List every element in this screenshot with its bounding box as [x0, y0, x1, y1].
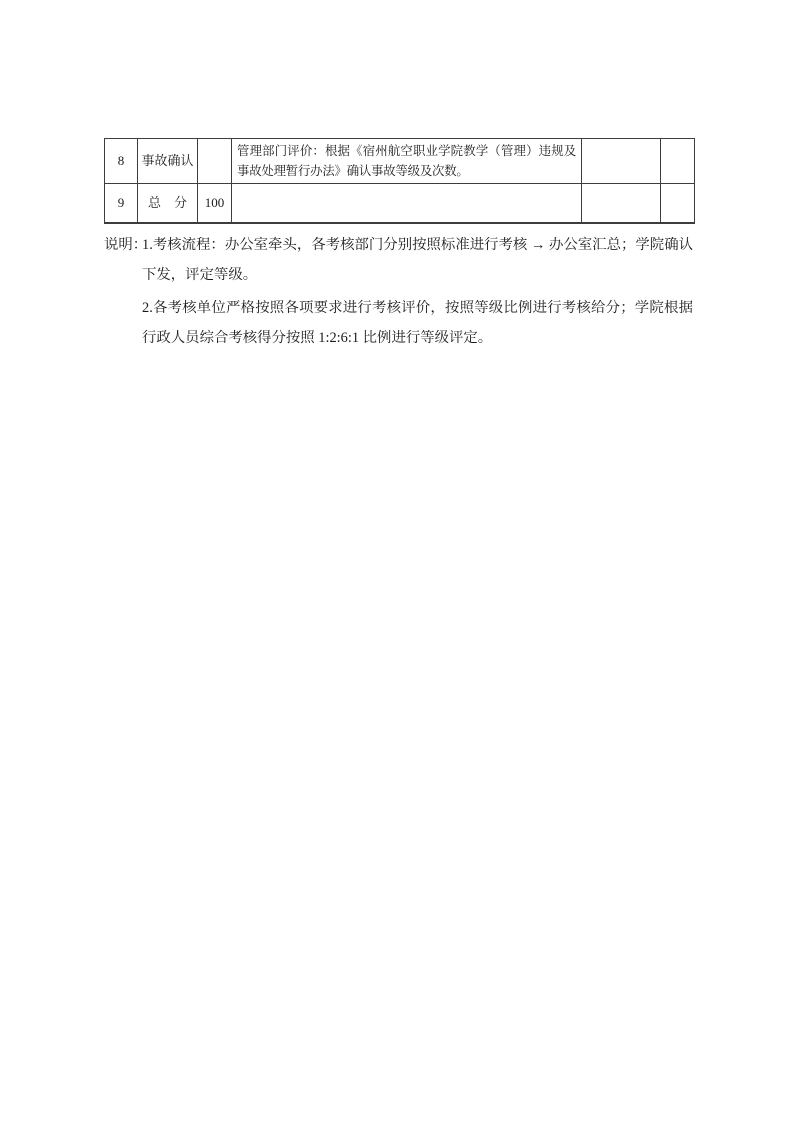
- cell-score: 100: [198, 184, 232, 223]
- cell-description: 管理部门评价：根据《宿州航空职业学院教学（管理）违规及事故处理暂行办法》确认事故…: [232, 139, 582, 184]
- cell-eval-score: [582, 139, 661, 184]
- note-item-1: 1.考核流程：办公室牵头，各考核部门分别按照标准进行考核 → 办公室汇总；学院确…: [142, 230, 693, 290]
- cell-row-number: 8: [105, 139, 138, 184]
- cell-eval-score: [582, 184, 661, 223]
- cell-item-name: 总 分: [138, 184, 198, 223]
- notes-section: 说明： 1.考核流程：办公室牵头，各考核部门分别按照标准进行考核 → 办公室汇总…: [104, 230, 693, 353]
- cell-final-score: [661, 184, 695, 223]
- assessment-table: 8 事故确认 管理部门评价：根据《宿州航空职业学院教学（管理）违规及事故处理暂行…: [104, 138, 695, 224]
- table-row: 9 总 分 100: [105, 184, 695, 223]
- document-page: 8 事故确认 管理部门评价：根据《宿州航空职业学院教学（管理）违规及事故处理暂行…: [0, 0, 793, 1122]
- table-row: 8 事故确认 管理部门评价：根据《宿州航空职业学院教学（管理）违规及事故处理暂行…: [105, 139, 695, 184]
- cell-final-score: [661, 139, 695, 184]
- notes-body: 1.考核流程：办公室牵头，各考核部门分别按照标准进行考核 → 办公室汇总；学院确…: [142, 230, 693, 353]
- cell-description: [232, 184, 582, 223]
- cell-item-name: 事故确认: [138, 139, 198, 184]
- note-item-2: 2.各考核单位严格按照各项要求进行考核评价，按照等级比例进行考核给分；学院根据行…: [142, 293, 693, 353]
- notes-label: 说明：: [104, 230, 147, 260]
- cell-score: [198, 139, 232, 184]
- cell-row-number: 9: [105, 184, 138, 223]
